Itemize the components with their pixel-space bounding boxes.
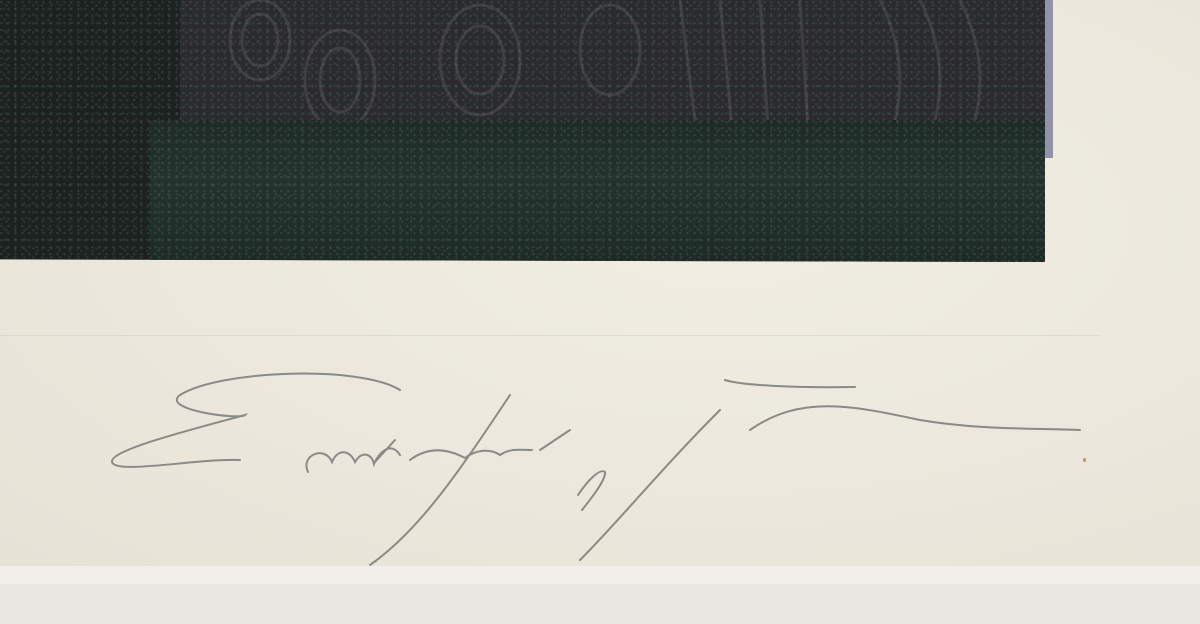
- speckle-texture: [0, 0, 1045, 262]
- pencil-signature: [100, 350, 1100, 570]
- mat-bevel: [0, 566, 1200, 584]
- print-image-area: [0, 0, 1045, 262]
- blue-edge-strip: [1045, 0, 1053, 158]
- paper-speck: [1083, 458, 1086, 462]
- frame-mat: [0, 584, 1200, 624]
- plate-mark: [0, 300, 1100, 336]
